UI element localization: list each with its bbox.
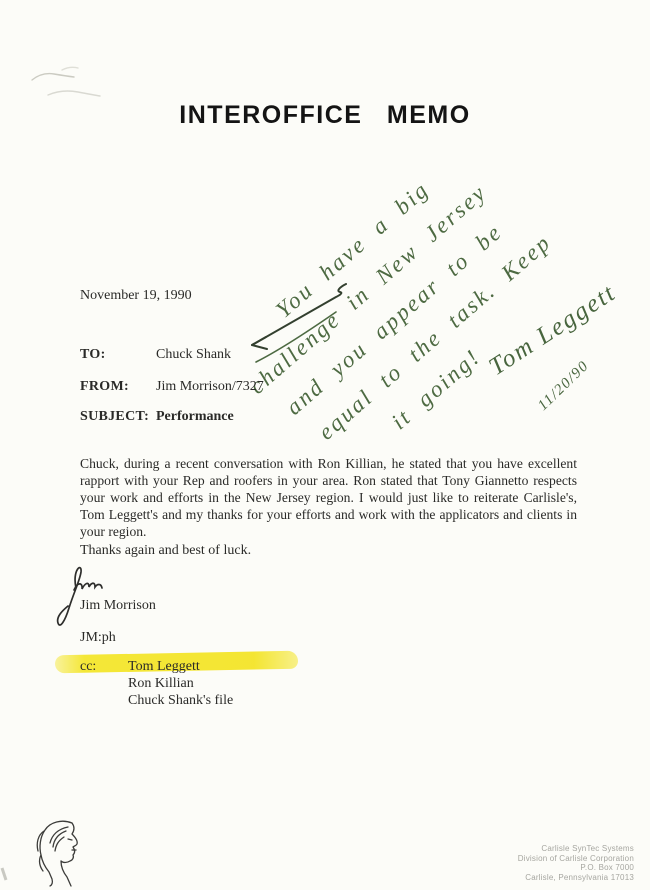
to-label: TO: <box>80 347 106 363</box>
company-name: Carlisle SynTec Systems <box>518 844 634 854</box>
cc-name-tom-leggett: Tom Leggett <box>128 659 233 676</box>
pencil-scribble <box>32 67 100 96</box>
memo-body: Chuck, during a recent conversation with… <box>80 455 577 540</box>
note-date: 11/20/90 <box>535 358 593 415</box>
memo-page: INTEROFFICE MEMO You have a big challeng… <box>0 0 650 890</box>
cc-name-ron-killian: Ron Killian <box>128 676 233 693</box>
company-po-box: P.O. Box 7000 <box>518 863 634 873</box>
cc-label: cc: <box>80 659 96 675</box>
cc-name-chuck-shank-file: Chuck Shank's file <box>128 693 233 710</box>
from-value: Jim Morrison/7327 <box>156 379 264 395</box>
signer-name: Jim Morrison <box>80 598 156 614</box>
company-city: Carlisle, Pennsylvania 17013 <box>518 873 634 883</box>
typist-initials: JM:ph <box>80 630 116 646</box>
company-division: Division of Carlisle Corporation <box>518 854 634 864</box>
scan-edge-mark <box>2 868 6 880</box>
cc-list: Tom Leggett Ron Killian Chuck Shank's fi… <box>128 659 233 709</box>
subject-value: Performance <box>156 409 234 425</box>
memo-date: November 19, 1990 <box>80 288 192 304</box>
from-label: FROM: <box>80 379 129 395</box>
memo-closing: Thanks again and best of luck. <box>80 543 251 559</box>
company-address-block: Carlisle SynTec Systems Division of Carl… <box>518 844 634 882</box>
to-value: Chuck Shank <box>156 347 231 363</box>
carlisle-indian-head-logo-icon <box>28 816 94 888</box>
subject-label: SUBJECT: <box>80 409 149 425</box>
